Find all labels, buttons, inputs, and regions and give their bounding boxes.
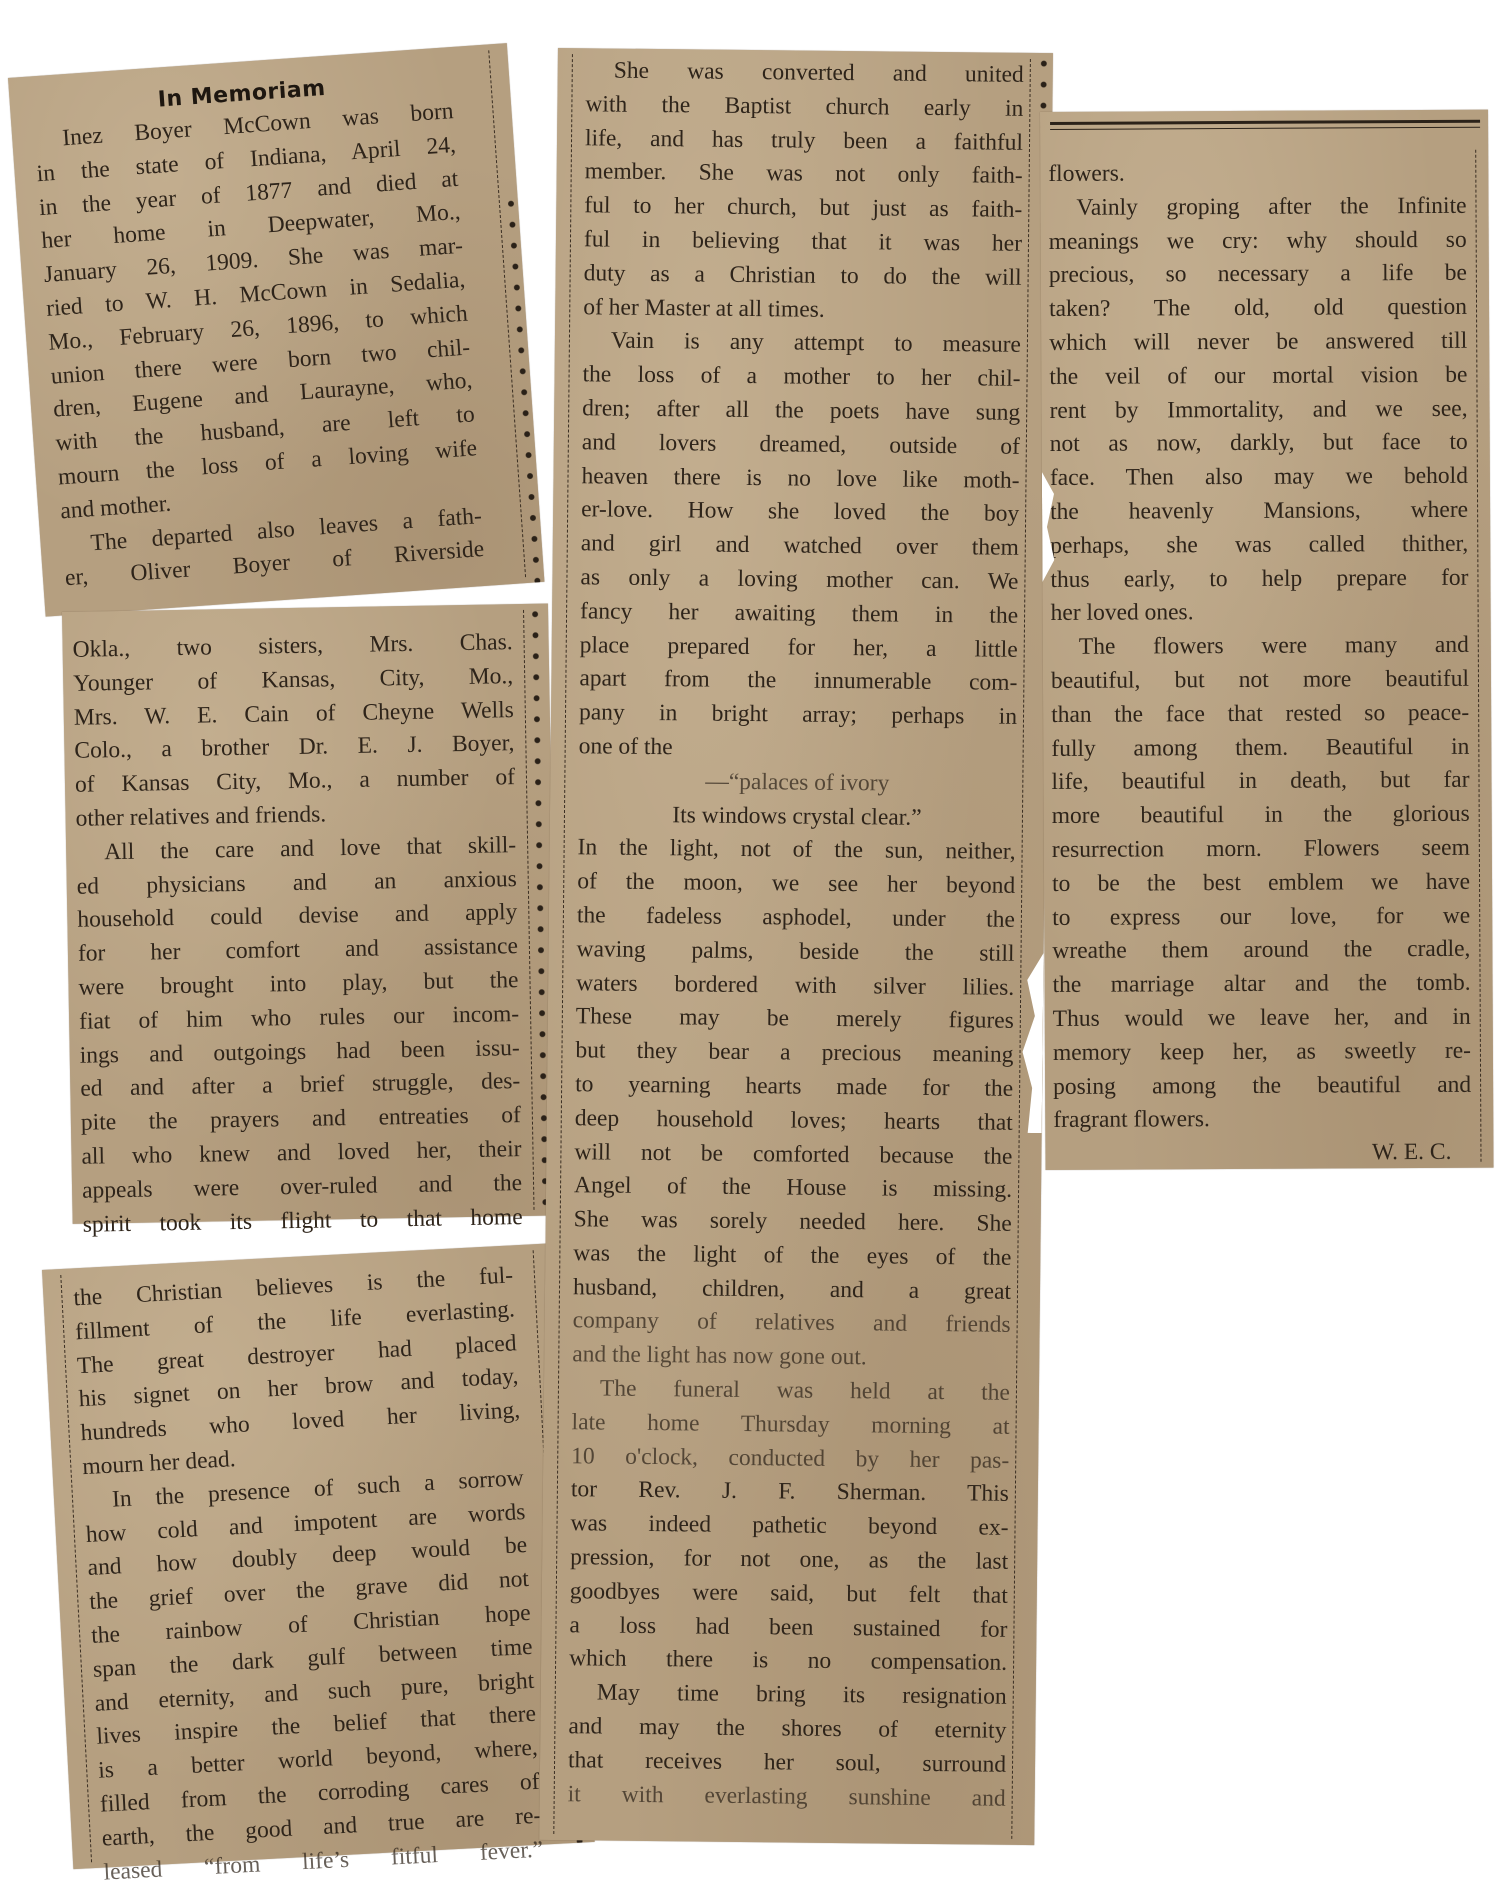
text-line: her loved ones. xyxy=(1051,595,1469,631)
text-line: The flowers were many and xyxy=(1051,629,1469,665)
text-line: which will never be answered till xyxy=(1049,325,1467,361)
text-line: spirit took its flight to that home xyxy=(82,1201,523,1242)
top-rule xyxy=(1050,127,1480,130)
text-line: waters bordered with silver lilies. xyxy=(576,967,1014,1005)
text-line: In the light, not of the sun, neither, xyxy=(577,832,1015,870)
poem-quote-line: Its windows crystal clear.” xyxy=(578,798,1016,836)
poem-quote-line: —“palaces of ivory xyxy=(578,764,1016,802)
torn-edge xyxy=(1022,953,1044,1133)
text-line: waving palms, beside the still xyxy=(576,933,1014,971)
text-line: the veil of our mortal vision be xyxy=(1049,359,1467,395)
text-line: fully among them. Beautiful in xyxy=(1051,730,1469,766)
text-line: flowers. xyxy=(1048,156,1466,192)
text-line: it with everlasting sunshine and xyxy=(568,1778,1006,1816)
text-line: rent by Immortality, and we see, xyxy=(1049,392,1467,428)
clipping-5: flowers. Vainly groping after the Infini… xyxy=(1040,110,1494,1170)
text-line: the loss of a mother to her chil- xyxy=(582,358,1020,396)
text-line: pression, for not one, as the last xyxy=(570,1541,1008,1579)
text-line: as only a loving mother can. We xyxy=(580,561,1018,599)
text-line: and the light has now gone out. xyxy=(572,1339,1010,1377)
text-line: face. Then also may we behold xyxy=(1050,460,1468,496)
text-line: taken? The old, old question xyxy=(1049,291,1467,327)
text-line: to yearning hearts made for the xyxy=(575,1068,1013,1106)
text-line: Vain is any attempt to measure xyxy=(583,325,1021,363)
text-line: the heavenly Mansions, where xyxy=(1050,494,1468,530)
text-line: beautiful, but not more beautiful xyxy=(1051,663,1469,699)
text-line: 10 o'clock, conducted by her pas- xyxy=(571,1440,1009,1478)
text-line: and girl and watched over them xyxy=(581,527,1019,565)
text-line: posing among the beautiful and xyxy=(1053,1068,1471,1104)
text-line: husband, children, and a great xyxy=(573,1271,1011,1309)
text-line: with the Baptist church early in xyxy=(585,88,1023,126)
text-line: and lovers dreamed, outside of xyxy=(582,426,1020,464)
text-line: Vainly groping after the Infinite xyxy=(1048,190,1466,226)
text-line: that receives her soul, surround xyxy=(568,1744,1006,1782)
text-line: place prepared for her, a little xyxy=(580,629,1018,667)
text-line: of the moon, we see her beyond xyxy=(577,865,1015,903)
text-line: fragrant flowers. xyxy=(1053,1102,1471,1138)
text-line: and may the shores of eternity xyxy=(568,1710,1006,1748)
text-line: resurrection morn. Flowers seem xyxy=(1052,832,1470,868)
text-line: The funeral was held at the xyxy=(572,1372,1010,1410)
text-line: fancy her awaiting them in the xyxy=(580,595,1018,633)
clipping-3: the Christian believes is the ful- fillm… xyxy=(42,1243,595,1869)
text-line: ful in believing that it was her xyxy=(584,223,1022,261)
text-line: one of the xyxy=(579,730,1017,768)
text-line: Angel of the House is missing. xyxy=(574,1170,1012,1208)
clipping-4: She was converted and united with the Ba… xyxy=(539,48,1053,1845)
text-line: wreathe them around the cradle, xyxy=(1052,933,1470,969)
text-line: was indeed pathetic beyond ex- xyxy=(570,1507,1008,1545)
text-line: company of relatives and friends xyxy=(572,1305,1010,1343)
text-line: memory keep her, as sweetly re- xyxy=(1053,1034,1471,1070)
text-line: er-love. How she loved the boy xyxy=(581,494,1019,532)
text-line: These may be merely figures xyxy=(576,1001,1014,1039)
text-line: which there is no compensation. xyxy=(569,1643,1007,1681)
text-line: She was converted and united xyxy=(586,54,1024,92)
text-line: not as now, darkly, but face to xyxy=(1050,426,1468,462)
text-line: more beautiful in the glorious xyxy=(1052,798,1470,834)
text-line: will not be comforted because the xyxy=(574,1136,1012,1174)
text-line: a loss had been sustained for xyxy=(569,1609,1007,1647)
text-line: She was sorely needed here. She xyxy=(574,1203,1012,1241)
text-line: pany in bright array; perhaps in xyxy=(579,696,1017,734)
top-rule xyxy=(1050,120,1480,125)
text-line: deep household loves; hearts that xyxy=(575,1102,1013,1140)
text-line: than the face that rested so peace- xyxy=(1051,697,1469,733)
text-line: duty as a Christian to do the will xyxy=(583,257,1021,295)
text-line: heaven there is no love like moth- xyxy=(581,460,1019,498)
signature: W. E. C. xyxy=(1053,1136,1471,1172)
text-line: life, and has truly been a faithful xyxy=(585,122,1023,160)
text-line: May time bring its resignation xyxy=(569,1676,1007,1714)
clipping-1: In Memoriam Inez Boyer McCown was born i… xyxy=(8,43,544,617)
text-line: precious, so necessary a life be xyxy=(1049,257,1467,293)
text-line: apart from the innumerable com- xyxy=(579,663,1017,701)
text-line: goodbyes were said, but felt that xyxy=(570,1575,1008,1613)
text-line: was the light of the eyes of the xyxy=(573,1237,1011,1275)
text-line: member. She was not only faith- xyxy=(585,156,1023,194)
text-line: to express our love, for we xyxy=(1052,899,1470,935)
text-line: thus early, to help prepare for xyxy=(1050,561,1468,597)
column-rule xyxy=(1475,150,1481,1162)
text-line: to be the best emblem we have xyxy=(1052,865,1470,901)
clipping-2: Okla., two sisters, Mrs. Chas. Younger o… xyxy=(62,604,559,1224)
text-line: but they bear a precious meaning xyxy=(575,1034,1013,1072)
text-line: the fadeless asphodel, under the xyxy=(577,899,1015,937)
text-line: meanings we cry: why should so xyxy=(1049,223,1467,259)
text-line: tor Rev. J. F. Sherman. This xyxy=(571,1474,1009,1512)
text-line: ful to her church, but just as faith- xyxy=(584,189,1022,227)
text-line: late home Thursday morning at xyxy=(571,1406,1009,1444)
text-line: life, beautiful in death, but far xyxy=(1051,764,1469,800)
text-line: dren; after all the poets have sung xyxy=(582,392,1020,430)
text-line: of her Master at all times. xyxy=(583,291,1021,329)
text-line: perhaps, she was called thither, xyxy=(1050,528,1468,564)
text-line: Thus would we leave her, and in xyxy=(1053,1001,1471,1037)
text-line: the marriage altar and the tomb. xyxy=(1052,967,1470,1003)
